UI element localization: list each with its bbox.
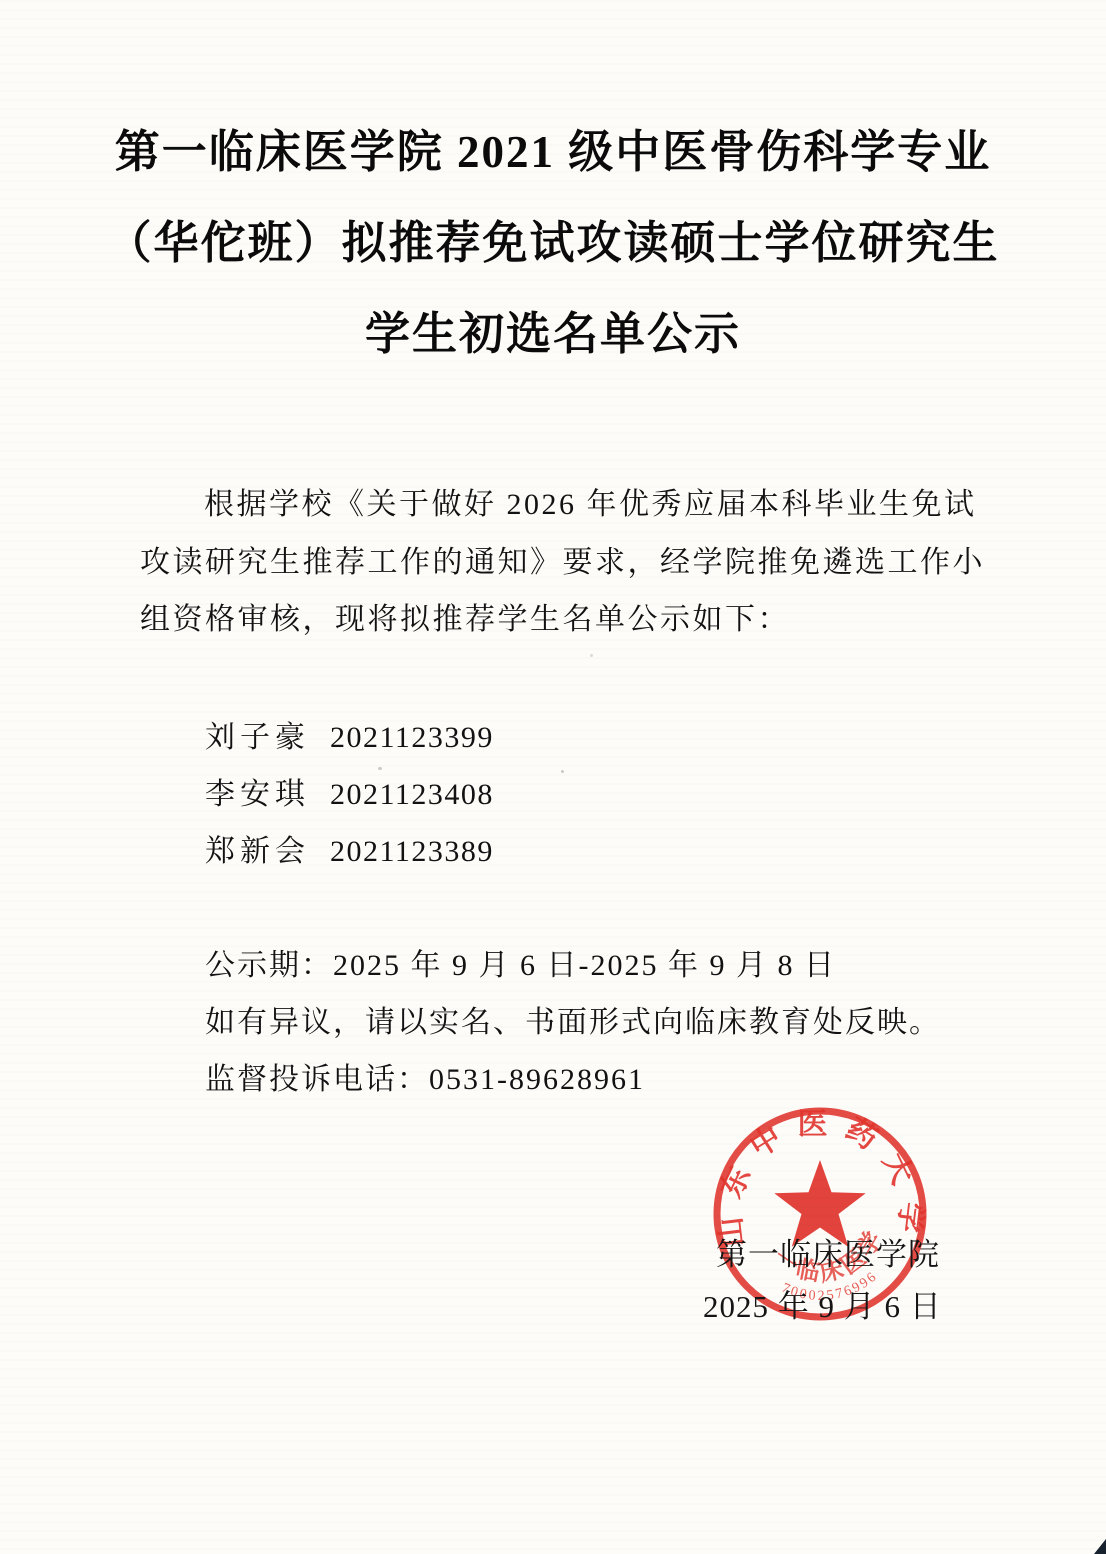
scan-speck [590,654,593,657]
student-name: 郑新会 [205,823,310,880]
body-line-3: 组资格审核，现将拟推荐学生名单公示如下： [140,591,980,649]
body-paragraph: 根据学校《关于做好 2026 年优秀应届本科毕业生免试 攻读研究生推荐工作的通知… [140,476,980,649]
student-row: 李安琪 2021123408 [205,766,494,823]
title-line-1: 第一临床医学院 2021 级中医骨伤科学专业 [0,107,1106,198]
student-name: 刘子豪 [205,709,310,766]
student-row: 郑新会 2021123389 [205,823,494,880]
body-line-1: 根据学校《关于做好 2026 年优秀应届本科毕业生免试 [140,476,980,534]
student-id: 2021123399 [330,709,494,766]
signature-date: 2025 年 9 月 6 日 [703,1281,942,1326]
student-name: 李安琪 [205,766,310,823]
student-list: 刘子豪 2021123399 李安琪 2021123408 郑新会 202112… [205,709,494,880]
student-row: 刘子豪 2021123399 [205,709,494,766]
student-id: 2021123408 [330,766,494,823]
title-line-2: （华佗班）拟推荐免试攻读硕士学位研究生 [0,198,1106,289]
objection-instructions: 如有异议，请以实名、书面形式向临床教育处反映。 [205,994,941,1051]
notice-block: 公示期：2025 年 9 月 6 日-2025 年 9 月 8 日 如有异议，请… [205,937,941,1108]
title-line-3: 学生初选名单公示 [0,289,1106,380]
scan-corner-artifact [1094,1539,1106,1554]
body-line-2: 攻读研究生推荐工作的通知》要求，经学院推免遴选工作小 [140,534,980,592]
scan-speck [561,770,564,773]
scanned-announcement-page: 第一临床医学院 2021 级中医骨伤科学专业 （华佗班）拟推荐免试攻读硕士学位研… [0,0,1106,1554]
signature-organization: 第一临床医学院 [716,1229,940,1274]
publicity-period: 公示期：2025 年 9 月 6 日-2025 年 9 月 8 日 [205,937,941,994]
student-id: 2021123389 [330,823,494,880]
document-title: 第一临床医学院 2021 级中医骨伤科学专业 （华佗班）拟推荐免试攻读硕士学位研… [0,107,1106,380]
scan-speck [378,767,382,770]
